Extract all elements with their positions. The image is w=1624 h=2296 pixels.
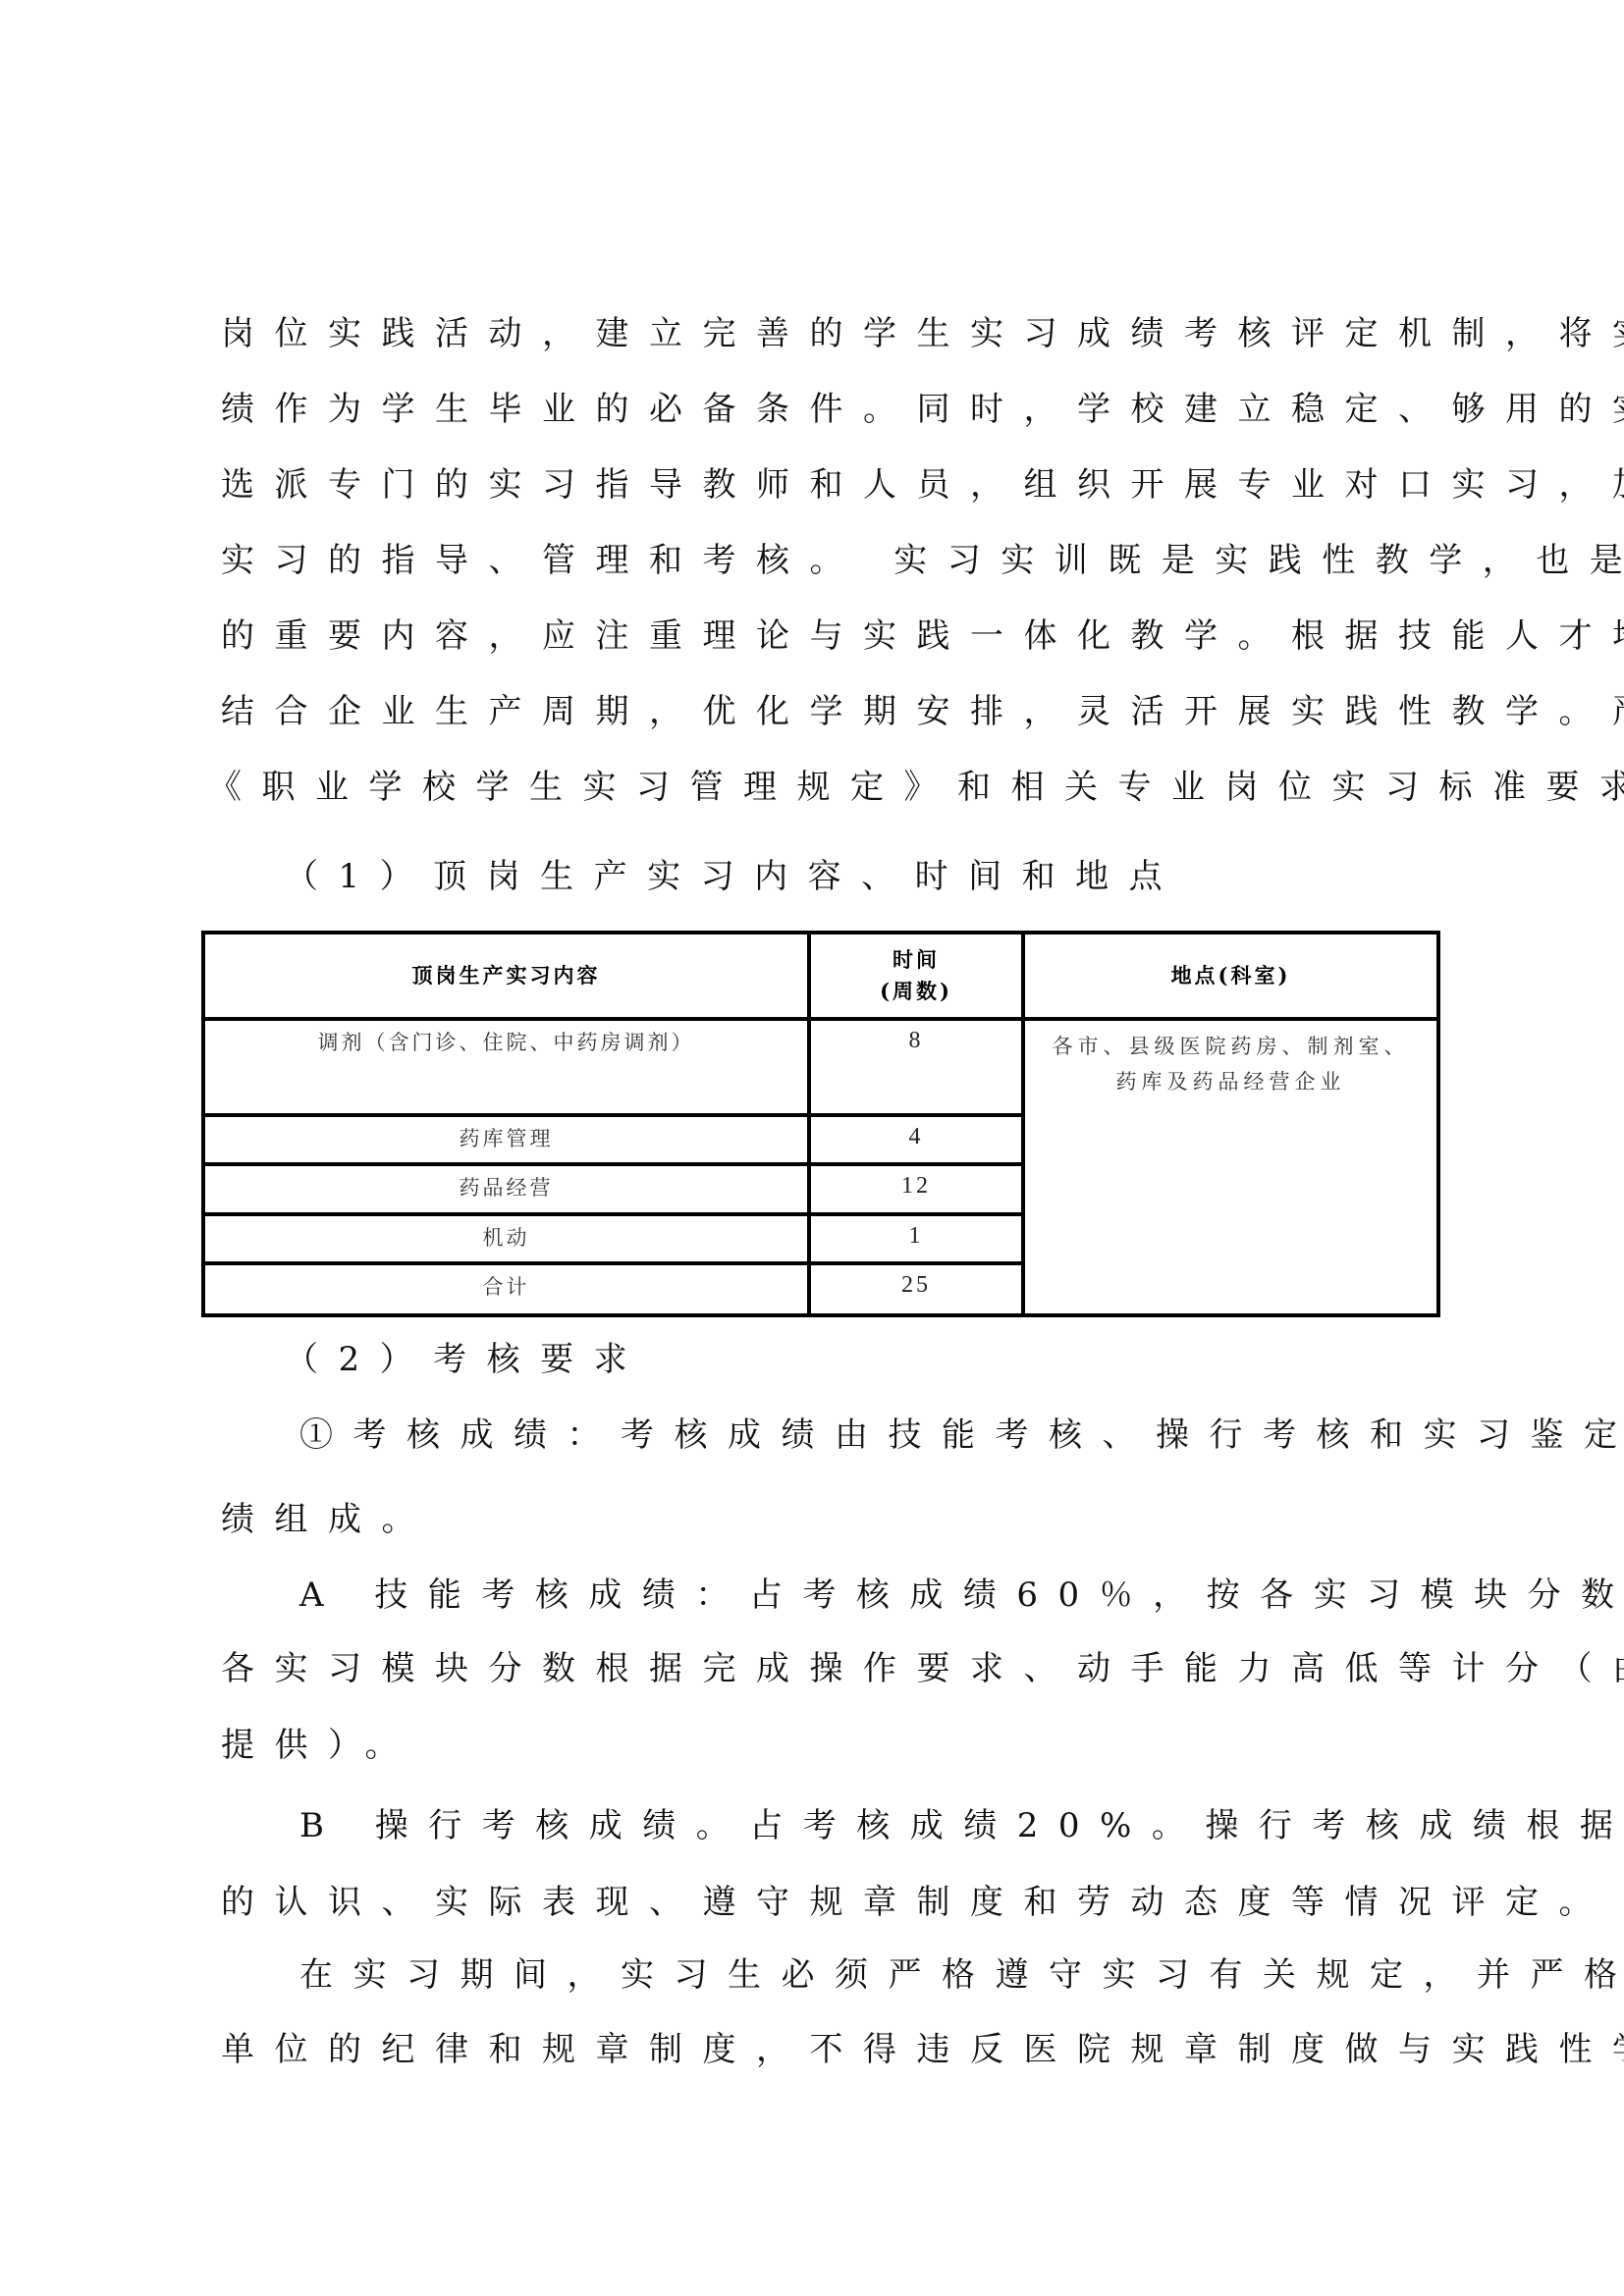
cell-weeks: 1	[809, 1214, 1023, 1263]
table-header-row: 顶岗生产实习内容 时间 (周数) 地点(科室)	[203, 933, 1438, 1019]
cell-content: 药品经营	[203, 1164, 809, 1214]
text-line: 的重要内容，应注重理论与实践一体化教学。根据技能人才培养规律，	[221, 616, 1624, 656]
text-line: 岗位实践活动，建立完善的学生实习成绩考核评定机制，将实习考核成	[221, 314, 1624, 353]
cell-weeks: 25	[809, 1263, 1023, 1315]
text-line: 绩组成。	[221, 1500, 435, 1539]
text-line: 各实习模块分数根据完成操作要求、动手能力高低等计分（由实习单位	[221, 1649, 1624, 1688]
cell-weeks: 8	[809, 1019, 1023, 1115]
header-time: 时间 (周数)	[809, 933, 1023, 1019]
header-content: 顶岗生产实习内容	[203, 933, 809, 1019]
header-time-label: 时间	[811, 944, 1021, 976]
text-line: 单位的纪律和规章制度，不得违反医院规章制度做与实践性学习活动无	[221, 2030, 1624, 2069]
header-time-unit: (周数)	[811, 976, 1021, 1007]
cell-weeks: 12	[809, 1164, 1023, 1214]
cell-content: 调剂（含门诊、住院、中药房调剂）	[203, 1019, 809, 1115]
cell-content: 药库管理	[203, 1115, 809, 1164]
section-heading-internship: （1）顶岗生产实习内容、时间和地点	[285, 857, 1182, 896]
internship-schedule-table: 顶岗生产实习内容 时间 (周数) 地点(科室) 调剂（含门诊、住院、中药房调剂）…	[201, 931, 1440, 1317]
cell-content: 合计	[203, 1263, 809, 1315]
cell-location: 各市、县级医院药房、制剂室、药库及药品经营企业	[1023, 1019, 1438, 1315]
table-row: 调剂（含门诊、住院、中药房调剂） 8 各市、县级医院药房、制剂室、药库及药品经营…	[203, 1019, 1438, 1115]
text-line: 的认识、实际表现、遵守规章制度和劳动态度等情况评定。	[221, 1883, 1612, 1922]
header-location: 地点(科室)	[1023, 933, 1438, 1019]
text-line: A 技能考核成绩：占考核成绩60％，按各实习模块分数汇总得出。	[299, 1575, 1624, 1615]
text-line: 在实习期间，实习生必须严格遵守实习有关规定，并严格遵守实习	[299, 1955, 1624, 1995]
text-line: B 操行考核成绩。占考核成绩20%。操行考核成绩根据学生对实习	[299, 1806, 1624, 1845]
section-heading-assessment: （2）考核要求	[285, 1340, 647, 1379]
text-line: 绩作为学生毕业的必备条件。同时，学校建立稳定、够用的实习基地，	[221, 390, 1624, 429]
cell-weeks: 4	[809, 1115, 1023, 1164]
text-line: 实习的指导、管理和考核。 实习实训既是实践性教学，也是专业课教学	[221, 541, 1624, 580]
text-line: ①考核成绩：考核成绩由技能考核、操行考核和实习鉴定三部分成	[299, 1415, 1624, 1455]
text-line: 提供）。	[221, 1726, 418, 1765]
text-line: 结合企业生产周期，优化学期安排，灵活开展实践性教学。严格执行	[221, 692, 1624, 731]
text-line: 《职业学校学生实习管理规定》和相关专业岗位实习标准要求。	[208, 768, 1624, 807]
text-line: 选派专门的实习指导教师和人员，组织开展专业对口实习，加强对学生	[221, 465, 1624, 505]
cell-content: 机动	[203, 1214, 809, 1263]
